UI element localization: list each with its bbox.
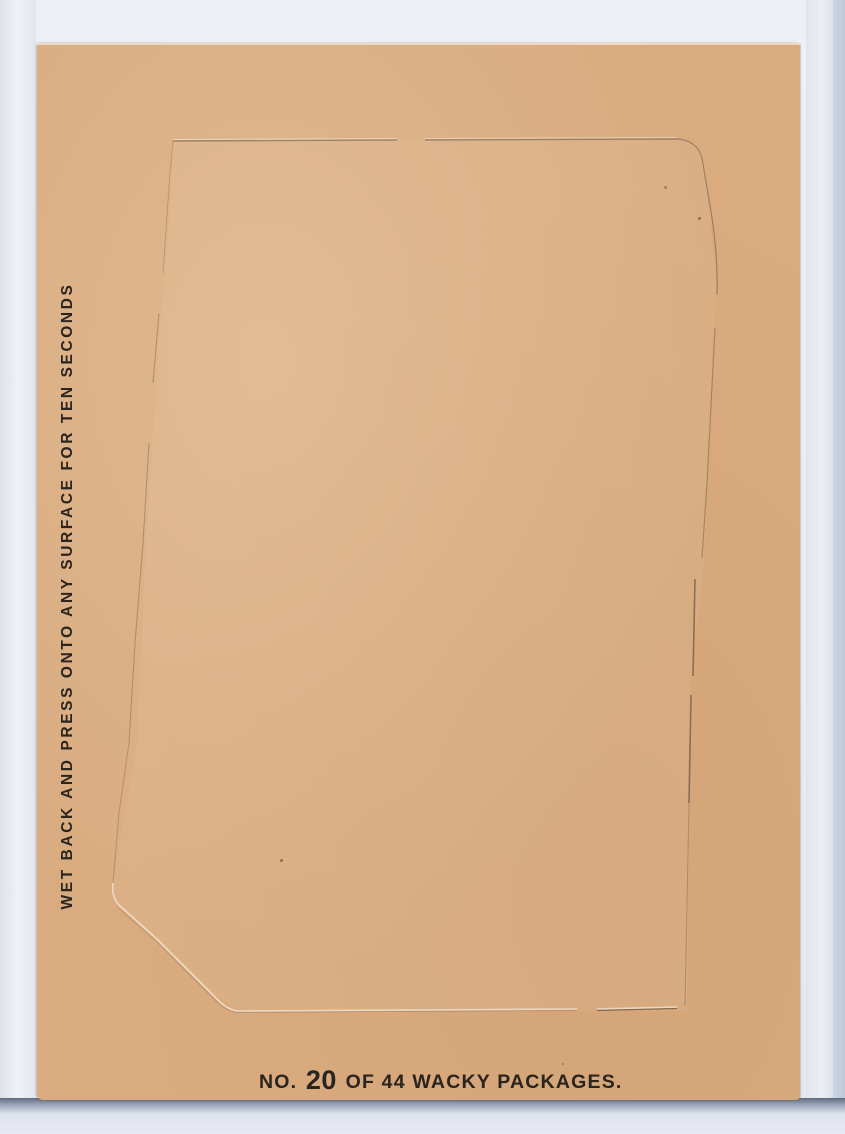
card-number-suffix: OF 44 WACKY PACKAGES. <box>346 1071 623 1093</box>
sticker-die-cut-outline <box>37 43 800 1100</box>
holder-bottom-edge <box>0 1098 845 1134</box>
holder-right-edge <box>833 0 845 1134</box>
holder-left-rail <box>0 0 36 1134</box>
card-number: 20 <box>306 1065 337 1095</box>
card-speck <box>280 859 283 862</box>
trading-card-back <box>37 43 800 1100</box>
card-holder-slab: WET BACK AND PRESS ONTO ANY SURFACE FOR … <box>0 0 845 1134</box>
card-speck <box>698 217 701 220</box>
card-number-line: NO. 20 OF 44 WACKY PACKAGES. <box>259 1064 623 1095</box>
card-speck <box>664 186 667 189</box>
card-number-prefix: NO. <box>259 1071 297 1093</box>
side-instruction-text: WET BACK AND PRESS ONTO ANY SURFACE FOR … <box>59 283 77 910</box>
